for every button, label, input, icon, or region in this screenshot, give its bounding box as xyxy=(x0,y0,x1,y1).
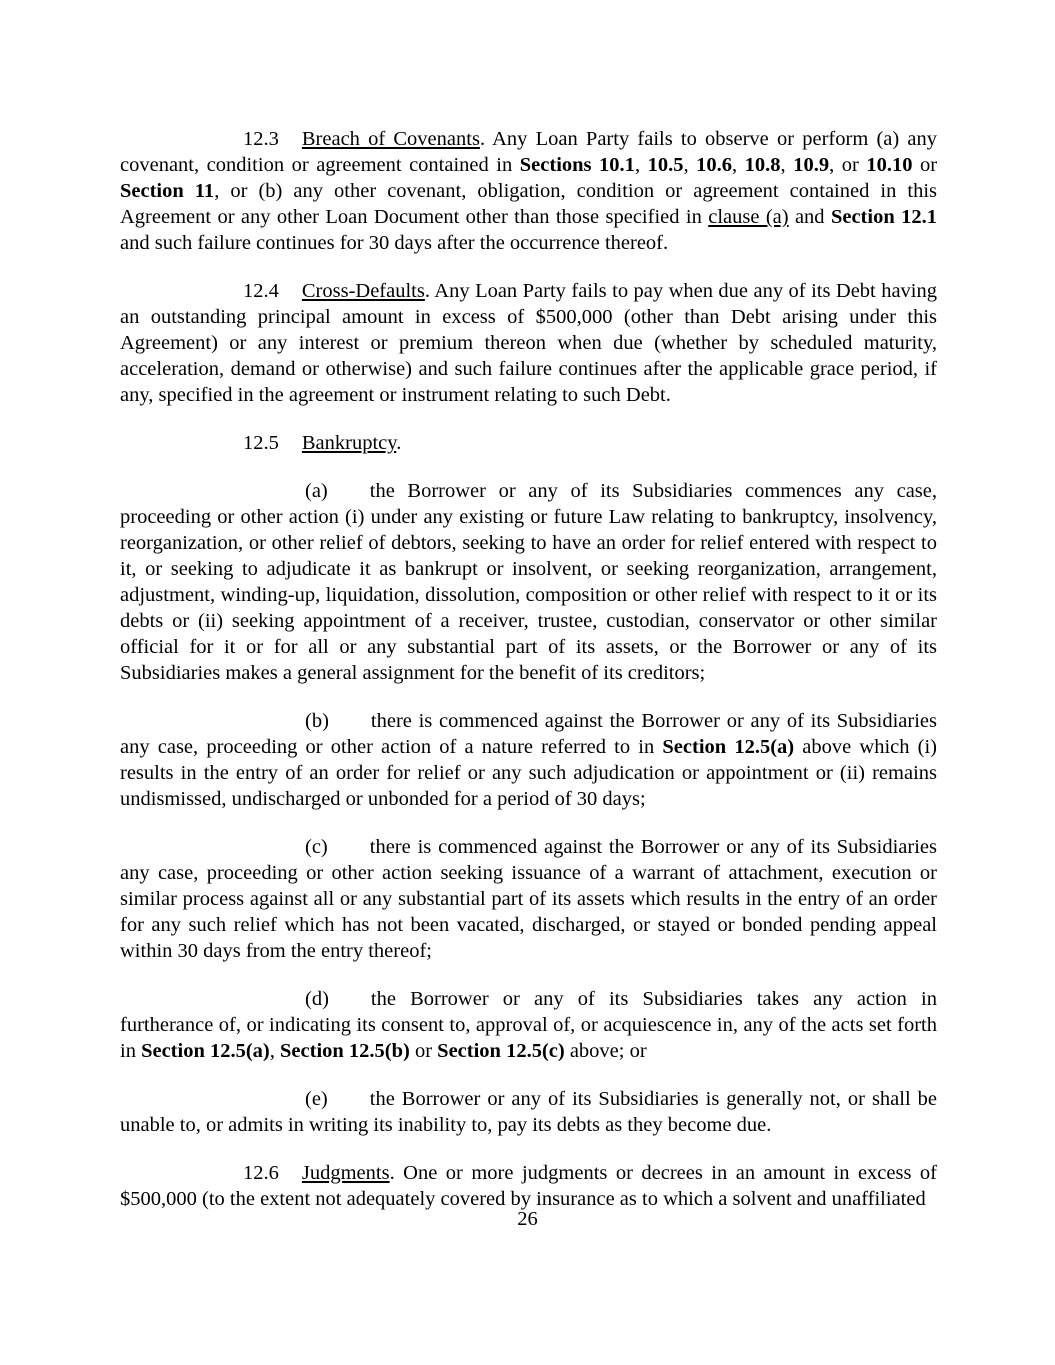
text-run: there is commenced against the Borrower … xyxy=(120,836,937,962)
text-run: or xyxy=(912,154,937,176)
section-12-4-cross-defaults: 12.4Cross-Defaults. Any Loan Party fails… xyxy=(120,278,937,408)
text-run: the Borrower or any of its Subsidiaries … xyxy=(120,480,937,684)
text-run: or xyxy=(410,1040,437,1062)
text-run: , xyxy=(683,154,696,176)
text-run: Breach of Covenants xyxy=(302,128,480,150)
text-run: Judgments xyxy=(302,1162,390,1184)
page-number: 26 xyxy=(0,1206,1055,1232)
text-run: 12.4 xyxy=(243,280,279,302)
text-run: Section 12.1 xyxy=(831,206,937,228)
text-run: (d) xyxy=(305,988,329,1010)
text-run: the Borrower or any of its Subsidiaries … xyxy=(120,1088,937,1136)
text-run: Sections 10.1 xyxy=(520,154,635,176)
text-run: 10.8 xyxy=(745,154,781,176)
clause-12-5-e: (e)the Borrower or any of its Subsidiari… xyxy=(120,1086,937,1138)
text-run: and such failure continues for 30 days a… xyxy=(120,232,668,254)
text-run: and xyxy=(789,206,831,228)
text-run: , xyxy=(781,154,794,176)
text-run: (c) xyxy=(305,836,328,858)
text-run: clause (a) xyxy=(708,206,788,228)
section-12-6-judgments: 12.6Judgments. One or more judgments or … xyxy=(120,1160,937,1212)
text-run: (e) xyxy=(305,1088,328,1110)
text-run: , xyxy=(732,154,745,176)
text-run: 10.5 xyxy=(648,154,684,176)
text-run: above; or xyxy=(565,1040,647,1062)
document-page: 12.3Breach of Covenants. Any Loan Party … xyxy=(0,0,1055,1365)
text-run: , xyxy=(270,1040,280,1062)
text-run: 12.5 xyxy=(243,432,279,454)
clause-12-5-b: (b)there is commenced against the Borrow… xyxy=(120,708,937,812)
clause-12-5-c: (c)there is commenced against the Borrow… xyxy=(120,834,937,964)
clause-12-5-d: (d)the Borrower or any of its Subsidiari… xyxy=(120,986,937,1064)
text-run: 10.10 xyxy=(866,154,912,176)
text-run: Cross-Defaults xyxy=(302,280,425,302)
text-run: 12.6 xyxy=(243,1162,279,1184)
section-12-5-bankruptcy: 12.5Bankruptcy. xyxy=(120,430,937,456)
text-run: Section 12.5(a) xyxy=(141,1040,270,1062)
text-run: (b) xyxy=(305,710,329,732)
text-run: , xyxy=(635,154,648,176)
text-run: 12.3 xyxy=(243,128,279,150)
document-body: 12.3Breach of Covenants. Any Loan Party … xyxy=(120,0,937,1234)
text-run: 10.6 xyxy=(696,154,732,176)
text-run: . xyxy=(396,432,401,454)
text-run: 10.9 xyxy=(793,154,829,176)
clause-12-5-a: (a)the Borrower or any of its Subsidiari… xyxy=(120,478,937,686)
text-run: Section 12.5(c) xyxy=(437,1040,565,1062)
text-run: (a) xyxy=(305,480,328,502)
section-12-3-breach-of-covenants: 12.3Breach of Covenants. Any Loan Party … xyxy=(120,126,937,256)
text-run: , or xyxy=(829,154,866,176)
text-run: Section 12.5(b) xyxy=(280,1040,410,1062)
text-run: Section 12.5(a) xyxy=(662,736,794,758)
text-run: Bankruptcy xyxy=(302,432,396,454)
text-run: Section 11 xyxy=(120,180,214,202)
